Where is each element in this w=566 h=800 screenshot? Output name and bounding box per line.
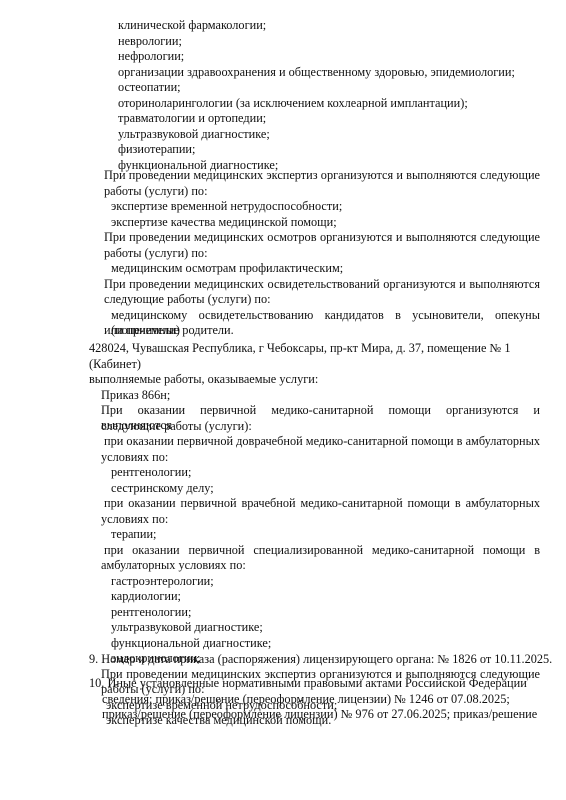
text-line: 428024, Чувашская Республика, г Чебоксар… [89, 341, 511, 356]
text-line: организации здравоохранения и общественн… [118, 65, 515, 80]
text-line: физиотерапии; [118, 142, 195, 157]
text-line: травматологии и ортопедии; [118, 111, 266, 126]
text-line: экспертизе временной нетрудоспособности; [111, 199, 342, 214]
text-line: ультразвуковой диагностике; [111, 620, 263, 635]
text-line: следующие работы (услуги) по: [104, 292, 271, 307]
text-line: или приемные родители. [104, 323, 234, 338]
text-line: терапии; [111, 527, 156, 542]
section-10-line-2: сведения: приказ/решение (переоформление… [102, 692, 510, 707]
text-line: гастроэнтерологии; [111, 574, 214, 589]
text-line: работы (услуги) по: [104, 184, 208, 199]
text-line: при оказании первичной специализированно… [104, 543, 540, 558]
text-line: неврологии; [118, 34, 182, 49]
text-line: кардиологии; [111, 589, 181, 604]
section-10-line-3: приказ/решение (переоформление лицензии)… [102, 707, 537, 722]
text-line: амбулаторных условиях по: [101, 558, 246, 573]
text-line: рентгенологии; [111, 465, 191, 480]
text-line: При проведении медицинских освидетельств… [104, 277, 540, 292]
text-line: при оказании первичной врачебной медико-… [104, 496, 540, 511]
text-line: нефрологии; [118, 49, 184, 64]
text-line: при оказании первичной доврачебной медик… [104, 434, 540, 449]
text-line: Приказ 866н; [101, 388, 170, 403]
text-line: функциональной диагностике; [111, 636, 271, 651]
text-line: следующие работы (услуги): [101, 419, 252, 434]
section-10-line-1: 10. Иные установленные нормативными прав… [89, 676, 527, 691]
text-line: работы (услуги) по: [104, 246, 208, 261]
text-line: сестринскому делу; [111, 481, 214, 496]
text-line: При проведении медицинских осмотров орга… [104, 230, 540, 245]
text-line: экспертизе качества медицинской помощи; [111, 215, 337, 230]
text-line: остеопатии; [118, 80, 181, 95]
text-line: медицинским осмотрам профилактическим; [111, 261, 343, 276]
text-line: оториноларингологии (за исключением кохл… [118, 96, 468, 111]
text-line: При проведении медицинских экспертиз орг… [104, 168, 540, 183]
text-line: выполняемые работы, оказываемые услуги: [89, 372, 318, 387]
text-line: рентгенологии; [111, 605, 191, 620]
text-line: условиях по: [101, 450, 168, 465]
text-line: (Кабинет) [89, 357, 141, 372]
text-line: клинической фармакологии; [118, 18, 266, 33]
text-line: ультразвуковой диагностике; [118, 127, 270, 142]
section-9-order: 9. Номер и дата приказа (распоряжения) л… [89, 652, 552, 667]
text-line: условиях по: [101, 512, 168, 527]
